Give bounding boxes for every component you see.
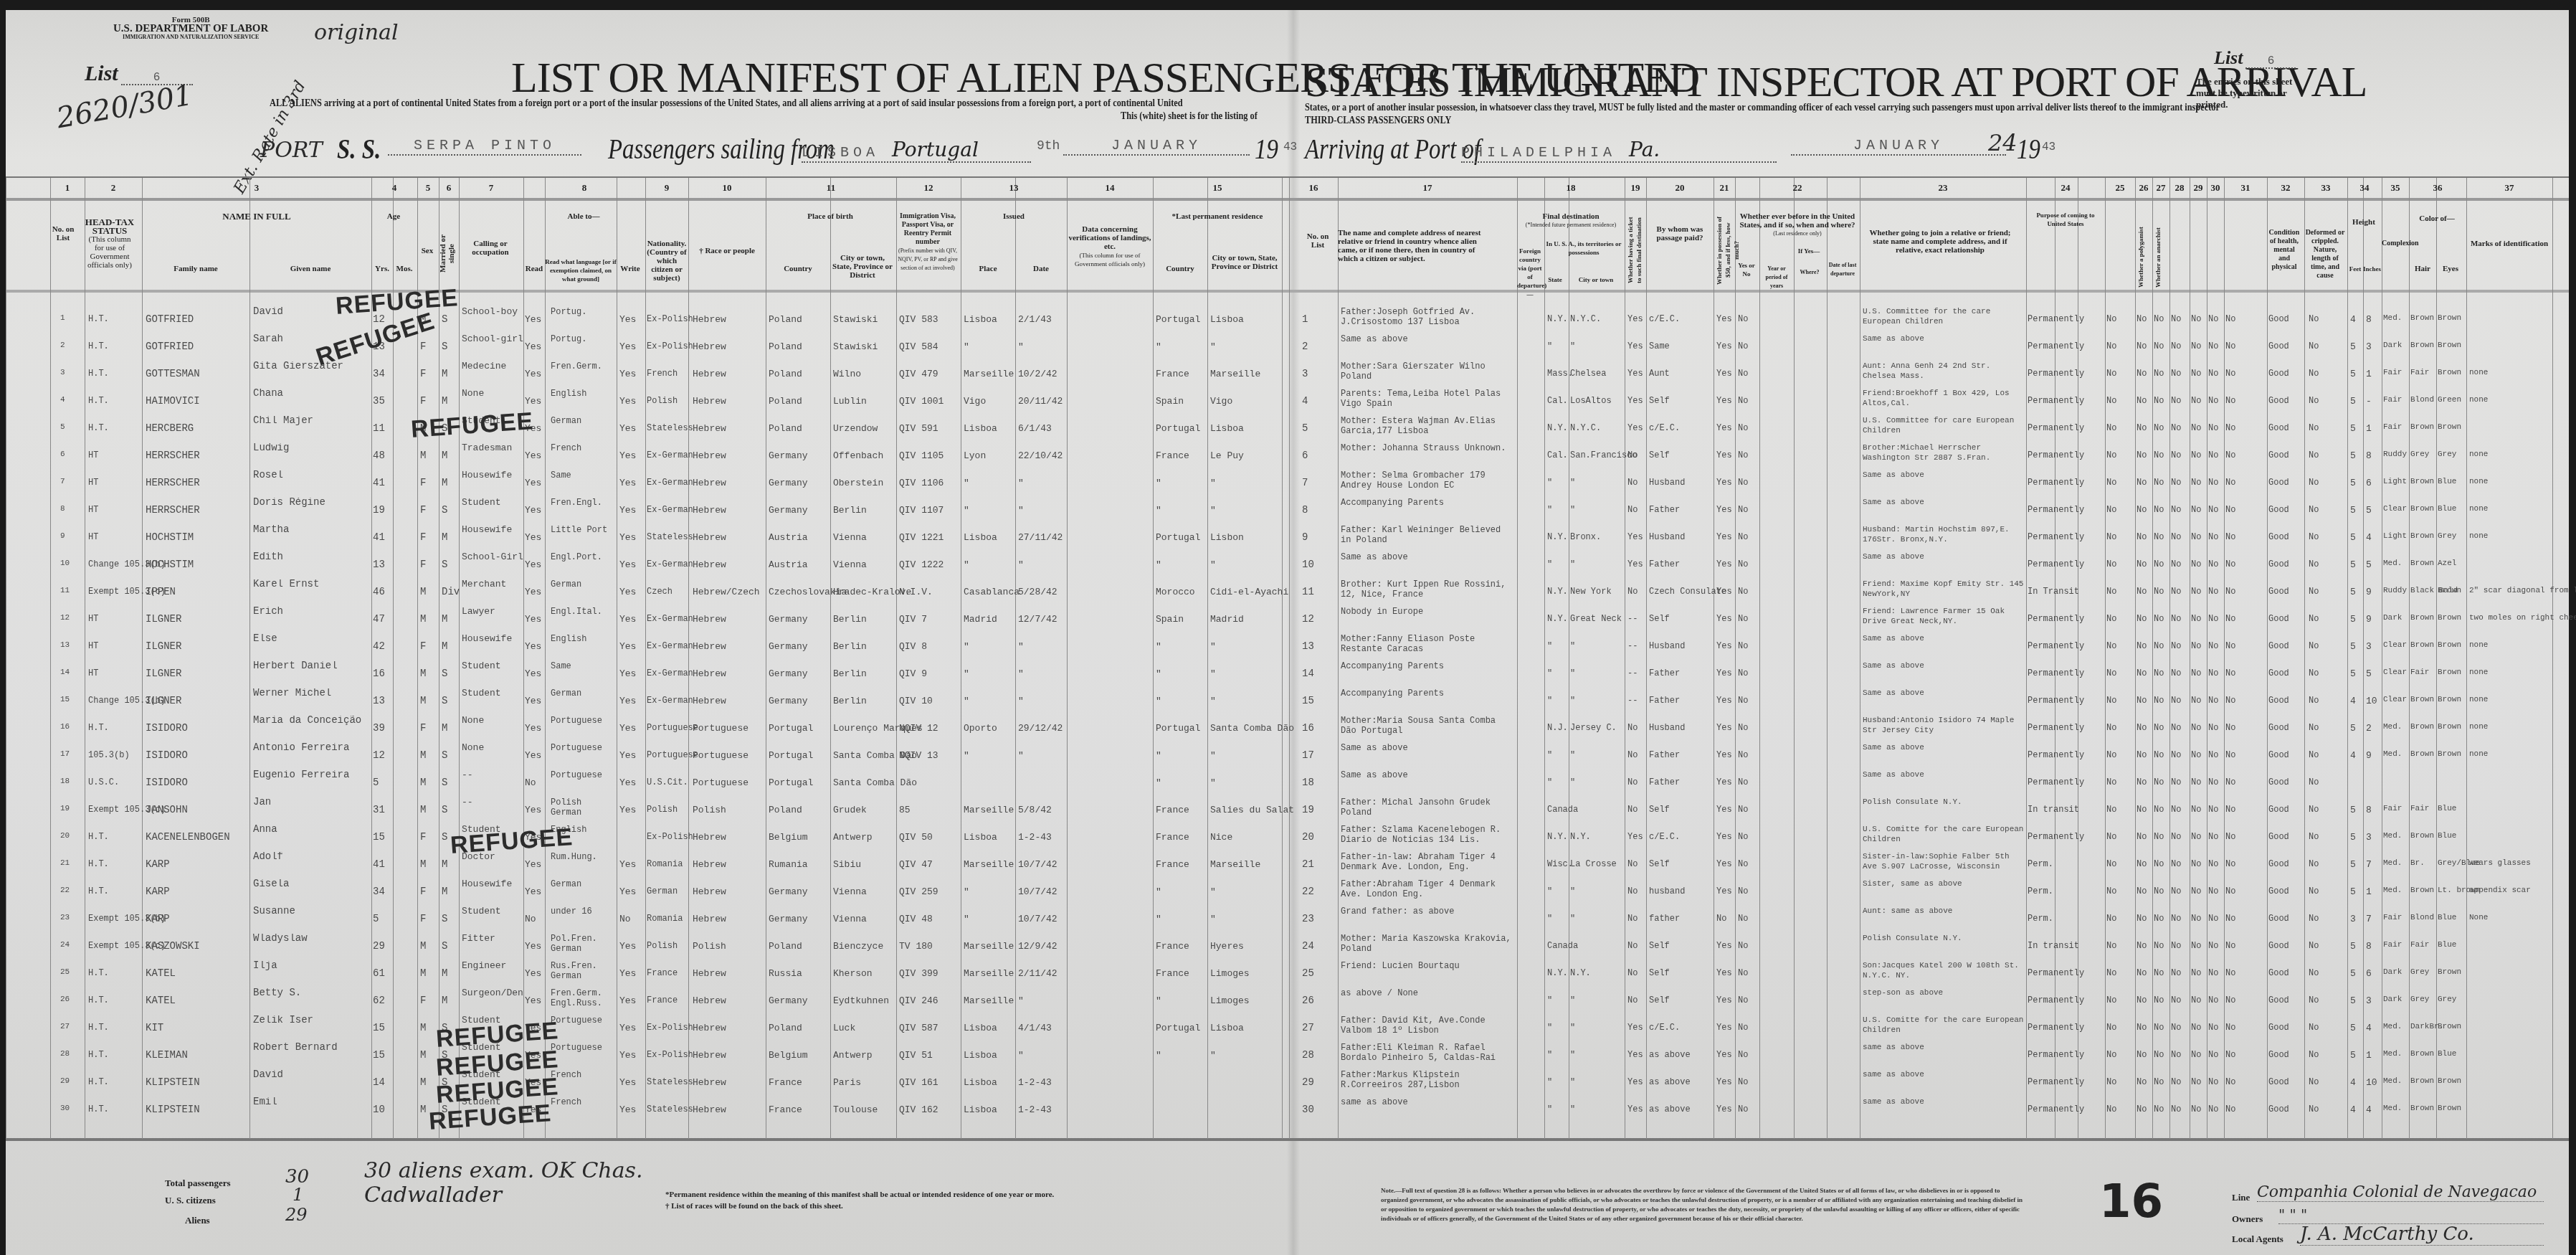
cell-write: Yes: [619, 723, 636, 734]
cell-before: No: [1738, 805, 1748, 815]
cell-iplace: Marseille: [964, 941, 1014, 952]
cell-bcity: Eydtkuhnen: [833, 995, 889, 1006]
cell-complexion: Fair: [2383, 369, 2402, 377]
cell-race: Hebrew/Czech: [693, 587, 760, 597]
cell-rcountry: ": [1156, 641, 1161, 652]
cell-before: No: [1738, 914, 1748, 924]
cell-complexion: Light: [2383, 478, 2407, 486]
cell-race: Hebrew: [693, 968, 726, 979]
cell-question-6: No: [2208, 559, 2218, 569]
hdr-able-to: Able to—: [523, 212, 644, 221]
cell-lang: Portuguese: [551, 770, 617, 793]
cell-ft: 5: [2350, 614, 2356, 625]
cell-ms: S: [442, 341, 447, 353]
cell-no: 8: [1302, 505, 1308, 516]
cell-complexion: Med.: [2383, 1104, 2402, 1113]
cell-question-4: No: [2171, 614, 2181, 624]
cell-ms: Div: [442, 587, 460, 598]
cell-before: No: [1738, 1050, 1748, 1060]
cell-visa: QIV 10: [899, 696, 933, 706]
cell-question-1: No: [2106, 750, 2116, 760]
cell-tax: HT: [88, 505, 98, 515]
cell-question-1: No: [2106, 832, 2116, 842]
cell-question-7: No: [2225, 1023, 2235, 1033]
cell-complexion: Dark: [2383, 614, 2402, 622]
cell-given: Werner Michel: [253, 688, 371, 711]
cell-write: Yes: [619, 1104, 636, 1115]
cell-no: 22: [1302, 886, 1314, 898]
cell-question-2: No: [2137, 396, 2147, 406]
cell-tax: H.T.: [88, 396, 109, 406]
cell-question-3: No: [2154, 423, 2164, 433]
column-number: 30: [2207, 182, 2224, 194]
cell-hair: Fair: [2410, 941, 2429, 949]
passenger-row: 29H.T.KLIPSTEINDavid14MSStudentYesFrench…: [6, 1067, 2569, 1094]
cell-bcountry: Poland: [769, 423, 802, 434]
cell-nat: Ex-Polish: [647, 341, 693, 351]
hdr-ticket: Whether having a ticket to such final de…: [1626, 214, 1645, 286]
cell-question-3: No: [2154, 478, 2164, 488]
cell-question-5: No: [2191, 341, 2201, 351]
cell-iplace: Oporto: [964, 723, 997, 734]
cell-question-4: No: [2171, 750, 2181, 760]
cell-fifty: Yes: [1716, 450, 1732, 460]
column-number: 22: [1735, 182, 1860, 194]
cell-write: Yes: [619, 886, 636, 897]
cell-race: Portuguese: [693, 777, 748, 788]
cell-city: ": [1570, 1023, 1575, 1033]
cell-question-4: No: [2171, 805, 2181, 815]
column-number: 26: [2135, 182, 2152, 194]
cell-deformed: No: [2309, 396, 2319, 406]
cell-given: Robert Bernard: [253, 1043, 371, 1066]
cell-sex: M: [420, 696, 426, 707]
cell-joining: same as above: [1863, 1043, 2025, 1066]
cell-question-4: No: [2171, 668, 2181, 678]
cell-city: ": [1570, 505, 1575, 515]
cell-yrs: 41: [373, 532, 385, 544]
cell-question-5: No: [2191, 559, 2201, 569]
cell-question-6: No: [2208, 369, 2218, 379]
cell-rcountry: ": [1156, 995, 1161, 1006]
cell-city: N.Y.C.: [1570, 423, 1601, 433]
cell-family: KATEL: [146, 968, 176, 980]
cell-question-7: No: [2225, 805, 2235, 815]
cell-state: ": [1547, 995, 1552, 1005]
cell-hair: Blond: [2410, 914, 2434, 922]
cell-in: 4: [2366, 1023, 2372, 1033]
cell-ticket: Yes: [1627, 1104, 1643, 1114]
cell-iplace: Marseille: [964, 859, 1014, 870]
cell-fifty: Yes: [1716, 1050, 1732, 1060]
cell-nat: Ex-Polish: [647, 314, 693, 324]
cell-idate: ": [1018, 1050, 1024, 1061]
cell-ms: M: [442, 532, 447, 544]
cell-sex: M: [420, 805, 426, 816]
cell-race: Hebrew: [693, 1050, 726, 1061]
cell-in: 10: [2366, 696, 2377, 706]
cell-visa: QIV 1221: [899, 532, 944, 543]
subtext-left-2: This (white) sheet is for the listing of: [1121, 110, 1258, 123]
cell-nat: Portuguese: [647, 723, 698, 733]
cell-ft: 5: [2350, 396, 2356, 407]
cell-fifty: Yes: [1716, 723, 1732, 733]
cell-question-3: No: [2154, 750, 2164, 760]
cell-lang: English: [551, 389, 617, 412]
cell-question-2: No: [2137, 941, 2147, 951]
cell-question-3: No: [2154, 341, 2164, 351]
cell-complexion: Dark: [2383, 995, 2402, 1004]
hdr-head-tax-note: (This column for use of Government offic…: [85, 235, 135, 270]
cell-rcity: ": [1210, 696, 1216, 706]
cell-question-1: No: [2106, 1023, 2116, 1033]
cell-rcity: ": [1210, 341, 1216, 352]
cell-question-4: No: [2171, 723, 2181, 733]
cell-family: GOTFRIED: [146, 314, 194, 326]
cell-question-4: No: [2171, 941, 2181, 951]
header-band: [6, 198, 2569, 201]
cell-question-5: No: [2191, 1104, 2201, 1114]
cell-before: No: [1738, 587, 1748, 597]
cell-paid: c/E.C.: [1649, 832, 1680, 842]
cell-no: 29: [1302, 1077, 1314, 1089]
cell-question-2: No: [2137, 505, 2147, 515]
cell-tax: H.T.: [88, 886, 109, 896]
cell-in: 3: [2366, 995, 2372, 1006]
cell-question-5: No: [2191, 696, 2201, 706]
cell-ticket: Yes: [1627, 1023, 1643, 1033]
cell-question-7: No: [2225, 478, 2235, 488]
cell-question-3: No: [2154, 450, 2164, 460]
arrival-year-prefix: 19: [2017, 132, 2040, 166]
cell-visa: QIV 584: [899, 341, 938, 352]
cell-idate: 10/2/42: [1018, 369, 1058, 379]
cell-question-5: No: [2191, 886, 2201, 896]
cell-question-4: No: [2171, 1077, 2181, 1087]
cell-bcity: Wilno: [833, 369, 861, 379]
cell-before: No: [1738, 559, 1748, 569]
cell-question-1: No: [2106, 423, 2116, 433]
cell-question-3: No: [2154, 886, 2164, 896]
cell-question-7: No: [2225, 423, 2235, 433]
cell-city: La Crosse: [1570, 859, 1617, 869]
cell-no: 27: [1302, 1023, 1314, 1034]
cell-write: Yes: [619, 750, 636, 761]
cell-question-1: No: [2106, 995, 2116, 1005]
cell-no: 22: [60, 886, 70, 895]
cell-occ: Student: [462, 661, 523, 684]
cell-read: Yes: [525, 559, 541, 570]
cell-family: HERRSCHER: [146, 478, 200, 489]
cell-in: 9: [2366, 614, 2372, 625]
cell-family: HERRSCHER: [146, 505, 200, 516]
permanent-residence-note: *Permanent residence within the meaning …: [665, 1190, 1167, 1199]
hdr-verification-title: Data concerning verifications of landing…: [1068, 225, 1151, 251]
cell-yrs: 15: [373, 832, 385, 843]
cell-purpose: Permanently: [2028, 450, 2084, 460]
cell-visa: QIV 399: [899, 968, 938, 979]
cell-question-3: No: [2154, 668, 2164, 678]
cell-fifty: Yes: [1716, 314, 1732, 324]
cell-ms: S: [442, 777, 447, 789]
cell-health: Good: [2268, 341, 2289, 351]
cell-in: 3: [2366, 641, 2372, 652]
cell-ticket: Yes: [1627, 832, 1643, 842]
cell-fifty: Yes: [1716, 478, 1732, 488]
cell-question-5: No: [2191, 450, 2201, 460]
cell-city: N.Y.: [1570, 832, 1591, 842]
cell-eyes: Grey: [2438, 995, 2456, 1004]
sail-day: 9th: [1037, 139, 1060, 153]
arrival-state-hand: Pa.: [1629, 138, 1660, 161]
hdr-mos: Mos.: [393, 265, 416, 273]
cell-state: ": [1547, 886, 1552, 896]
cell-sex: F: [420, 341, 426, 353]
cell-question-7: No: [2225, 723, 2235, 733]
cell-question-2: No: [2137, 478, 2147, 488]
cell-deformed: No: [2309, 614, 2319, 624]
cell-given: Chana: [253, 389, 371, 412]
cell-complexion: Ruddy: [2383, 450, 2407, 459]
cell-iplace: Lisboa: [964, 423, 997, 434]
cell-read: Yes: [525, 968, 541, 979]
cell-ms: M: [442, 614, 447, 625]
cell-hair: Brown: [2410, 886, 2434, 895]
cell-question-7: No: [2225, 968, 2235, 978]
cell-occ: --: [462, 770, 523, 793]
cell-fifty: Yes: [1716, 641, 1732, 651]
cell-idate: 2/11/42: [1018, 968, 1058, 979]
cell-question-3: No: [2154, 723, 2164, 733]
cell-bcity: Kherson: [833, 968, 873, 979]
arriving-label: Arriving at Port of: [1305, 132, 1481, 166]
cell-family: ILGNER: [146, 641, 181, 653]
cell-complexion: Clear: [2383, 505, 2407, 513]
column-number: 8: [523, 182, 645, 194]
cell-eyes: Grey: [2438, 450, 2456, 459]
cell-marks: none: [2469, 396, 2488, 404]
cell-question-4: No: [2171, 505, 2181, 515]
cell-fifty: Yes: [1716, 559, 1732, 569]
cell-given: Karel Ernst: [253, 579, 371, 602]
cell-no: 25: [60, 968, 70, 977]
cell-paid: Husband: [1649, 532, 1685, 542]
cell-ft: 5: [2350, 968, 2356, 979]
cell-before: No: [1738, 614, 1748, 624]
cell-bcity: Stawiski: [833, 314, 878, 325]
cell-no: 7: [60, 478, 65, 486]
cell-visa: QIV 7: [899, 614, 927, 625]
cell-idate: 6/1/43: [1018, 423, 1052, 434]
cell-no: 4: [1302, 396, 1308, 407]
cell-question-6: No: [2208, 1050, 2218, 1060]
cell-in: 8: [2366, 314, 2372, 325]
cell-nat: French: [647, 369, 678, 379]
cell-no: 13: [1302, 641, 1314, 653]
cell-purpose: Perm.: [2028, 859, 2053, 869]
cell-purpose: Permanently: [2028, 1104, 2084, 1114]
cell-in: 1: [2366, 1050, 2372, 1061]
cell-family: IPPEN: [146, 587, 176, 598]
cell-bcountry: France: [769, 1104, 802, 1115]
cell-ticket: Yes: [1627, 1077, 1643, 1087]
cell-tax: H.T.: [88, 1077, 109, 1087]
cell-eyes: Brown: [2438, 423, 2461, 432]
cell-question-3: No: [2154, 614, 2164, 624]
cell-no: 10: [60, 559, 70, 568]
cell-complexion: Fair: [2383, 941, 2402, 949]
cell-bcity: Luck: [833, 1023, 855, 1033]
cell-deformed: No: [2309, 832, 2319, 842]
cell-read: Yes: [525, 478, 541, 488]
cell-in: 9: [2366, 750, 2372, 761]
cell-question-1: No: [2106, 859, 2116, 869]
cell-relative: Father-in-law: Abraham Tiger 4 Denmark A…: [1341, 852, 1513, 875]
cell-rcountry: Morocco: [1156, 587, 1195, 597]
cell-marks: none: [2469, 478, 2488, 486]
cell-ft: 5: [2350, 505, 2356, 516]
cell-write: Yes: [619, 450, 636, 461]
cell-race: Hebrew: [693, 478, 726, 488]
cell-state: ": [1547, 696, 1552, 706]
cell-family: KLEIMAN: [146, 1050, 188, 1061]
cell-health: Good: [2268, 450, 2289, 460]
cell-no: 17: [1302, 750, 1314, 762]
cell-question-5: No: [2191, 777, 2201, 787]
cell-lang: Rum.Hung.: [551, 852, 617, 875]
cell-question-4: No: [2171, 914, 2181, 924]
cell-health: Good: [2268, 859, 2289, 869]
cell-purpose: In transit: [2028, 805, 2079, 815]
cell-read: Yes: [525, 805, 541, 815]
cell-purpose: Permanently: [2028, 423, 2084, 433]
cell-fifty: Yes: [1716, 968, 1732, 978]
cell-nat: Stateless: [647, 1104, 693, 1114]
cell-lang: German: [551, 579, 617, 602]
cell-read: No: [525, 777, 536, 788]
cell-health: Good: [2268, 832, 2289, 842]
cell-lang: German: [551, 416, 617, 439]
cell-marks: two moles on right cheek: [2469, 614, 2576, 622]
cell-question-7: No: [2225, 668, 2235, 678]
cell-tax: H.T.: [88, 1104, 109, 1114]
cell-rcountry: France: [1156, 941, 1189, 952]
hdr-read-lang: Read what language [or if exemption clai…: [545, 257, 617, 283]
cell-write: Yes: [619, 478, 636, 488]
cell-deformed: No: [2309, 505, 2319, 515]
column-number: 32: [2267, 182, 2304, 194]
cell-complexion: Med.: [2383, 750, 2402, 759]
cell-question-5: No: [2191, 423, 2201, 433]
cell-question-1: No: [2106, 450, 2116, 460]
cell-in: 5: [2366, 668, 2372, 679]
cell-before: No: [1738, 641, 1748, 651]
cell-fifty: Yes: [1716, 668, 1732, 678]
cell-occ: School-girl: [462, 334, 523, 357]
cell-question-7: No: [2225, 450, 2235, 460]
cell-health: Good: [2268, 314, 2289, 324]
cell-race: Hebrew: [693, 559, 726, 570]
cell-hair: Brown: [2410, 559, 2434, 568]
cell-given: Susanne: [253, 906, 371, 929]
cell-question-3: No: [2154, 777, 2164, 787]
cell-city: Bronx.: [1570, 532, 1601, 542]
cell-complexion: Dark: [2383, 968, 2402, 977]
cell-state: N.Y.: [1547, 614, 1568, 624]
cell-yrs: 13: [373, 559, 385, 571]
cell-eyes: Blue: [2438, 805, 2456, 813]
cell-write: Yes: [619, 314, 636, 325]
cell-read: Yes: [525, 995, 541, 1006]
cell-race: Hebrew: [693, 369, 726, 379]
cell-sex: F: [420, 995, 426, 1007]
arrival-day: 24: [1988, 129, 2017, 156]
cell-no: 20: [60, 832, 70, 840]
cell-question-1: No: [2106, 696, 2116, 706]
cell-nat: Portuguese: [647, 750, 698, 760]
cell-ms: S: [442, 914, 447, 925]
cell-purpose: Permanently: [2028, 696, 2084, 706]
cell-joining: Same as above: [1863, 743, 2025, 766]
column-number: 37: [2466, 182, 2552, 194]
cell-question-1: No: [2106, 587, 2116, 597]
cell-sex: F: [420, 505, 426, 516]
cell-before: No: [1738, 1023, 1748, 1033]
cell-question-1: No: [2106, 559, 2116, 569]
cell-fifty: Yes: [1716, 614, 1732, 624]
cell-sex: M: [420, 1050, 426, 1061]
cell-ms: M: [442, 478, 447, 489]
cell-fifty: Yes: [1716, 941, 1732, 951]
cell-tax: HT: [88, 478, 98, 488]
column-number: 10: [688, 182, 766, 194]
cell-state: ": [1547, 1104, 1552, 1114]
cell-sex: M: [420, 450, 426, 462]
cell-eyes: Blue: [2438, 914, 2456, 922]
cell-marks: wears glasses: [2469, 859, 2531, 868]
departure-port-typed: LISBOA: [802, 145, 879, 161]
cell-question-4: No: [2171, 478, 2181, 488]
cell-before: No: [1738, 1104, 1748, 1114]
cell-question-7: No: [2225, 587, 2235, 597]
cell-relative: Father:Eli Kleiman R. Rafael Bordalo Pin…: [1341, 1043, 1513, 1066]
cell-race: Hebrew: [693, 423, 726, 434]
hdr-given-name: Given name: [249, 265, 371, 273]
cell-city: ": [1570, 1104, 1575, 1114]
line-value: Companhia Colonial de Navegacao: [2257, 1183, 2544, 1202]
cell-complexion: Med.: [2383, 559, 2402, 568]
column-number: 21: [1714, 182, 1735, 194]
cell-family: HERRSCHER: [146, 450, 200, 462]
cell-rcity: Salies du Salat: [1210, 805, 1294, 815]
cell-paid: Self: [1649, 450, 1670, 460]
cell-health: Good: [2268, 478, 2289, 488]
cell-complexion: Med.: [2383, 723, 2402, 731]
cell-ft: 5: [2350, 1023, 2356, 1033]
cell-read: Yes: [525, 369, 541, 379]
cell-purpose: Permanently: [2028, 369, 2084, 379]
cell-paid: Self: [1649, 995, 1670, 1005]
cell-given: Eugenio Ferreira: [253, 770, 371, 793]
cell-iplace: Marseille: [964, 968, 1014, 979]
cell-question-5: No: [2191, 641, 2201, 651]
cell-state: ": [1547, 505, 1552, 515]
cell-idate: 10/7/42: [1018, 886, 1058, 897]
cell-iplace: ": [964, 341, 969, 352]
cell-purpose: Permanently: [2028, 505, 2084, 515]
cell-nat: Ex-German: [647, 559, 693, 569]
cell-bcity: Berlin: [833, 668, 867, 679]
